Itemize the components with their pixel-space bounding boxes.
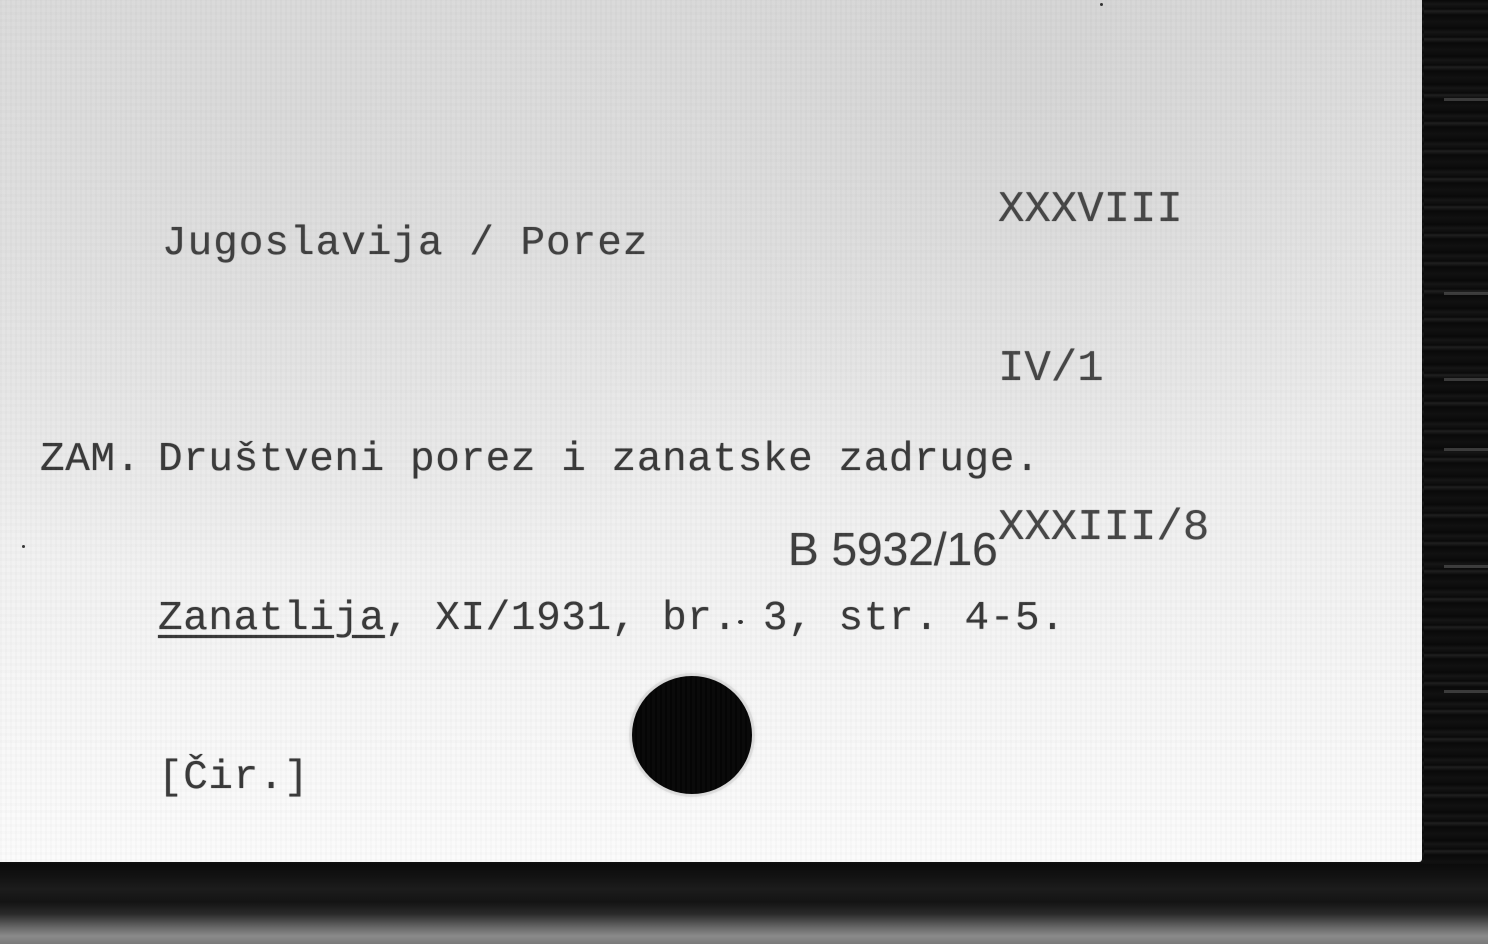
ink-speck (738, 620, 743, 624)
entry-note-line: [Čir.] (40, 752, 1065, 805)
entry-source-line: Zanatlija, XI/1931, br. 3, str. 4-5. (40, 593, 1065, 646)
ink-speck (22, 545, 25, 548)
entry-prefix: ZAM. (40, 434, 158, 487)
entry-title: Društveni porez i zanatske zadruge. (158, 437, 1040, 483)
script-note: [Čir.] (158, 755, 309, 801)
source-journal: Zanatlija (158, 596, 385, 642)
source-details: , XI/1931, br. 3, str. 4-5. (385, 596, 1066, 642)
call-number: B 5932/16 (788, 526, 998, 572)
bibliographic-entry: ZAM.Društveni porez i zanatske zadruge. … (40, 328, 1065, 911)
classification-code: XXXVIII (998, 184, 1209, 237)
scanner-background-right (1424, 0, 1488, 864)
punch-hole (632, 676, 752, 794)
ink-speck (1100, 3, 1103, 6)
subject-heading: Jugoslavija / Porez (162, 224, 648, 265)
catalog-card: XXXVIII IV/1 XXXIII/8 Jugoslavija / Pore… (0, 0, 1422, 862)
entry-title-line: ZAM.Društveni porez i zanatske zadruge. (40, 434, 1065, 487)
